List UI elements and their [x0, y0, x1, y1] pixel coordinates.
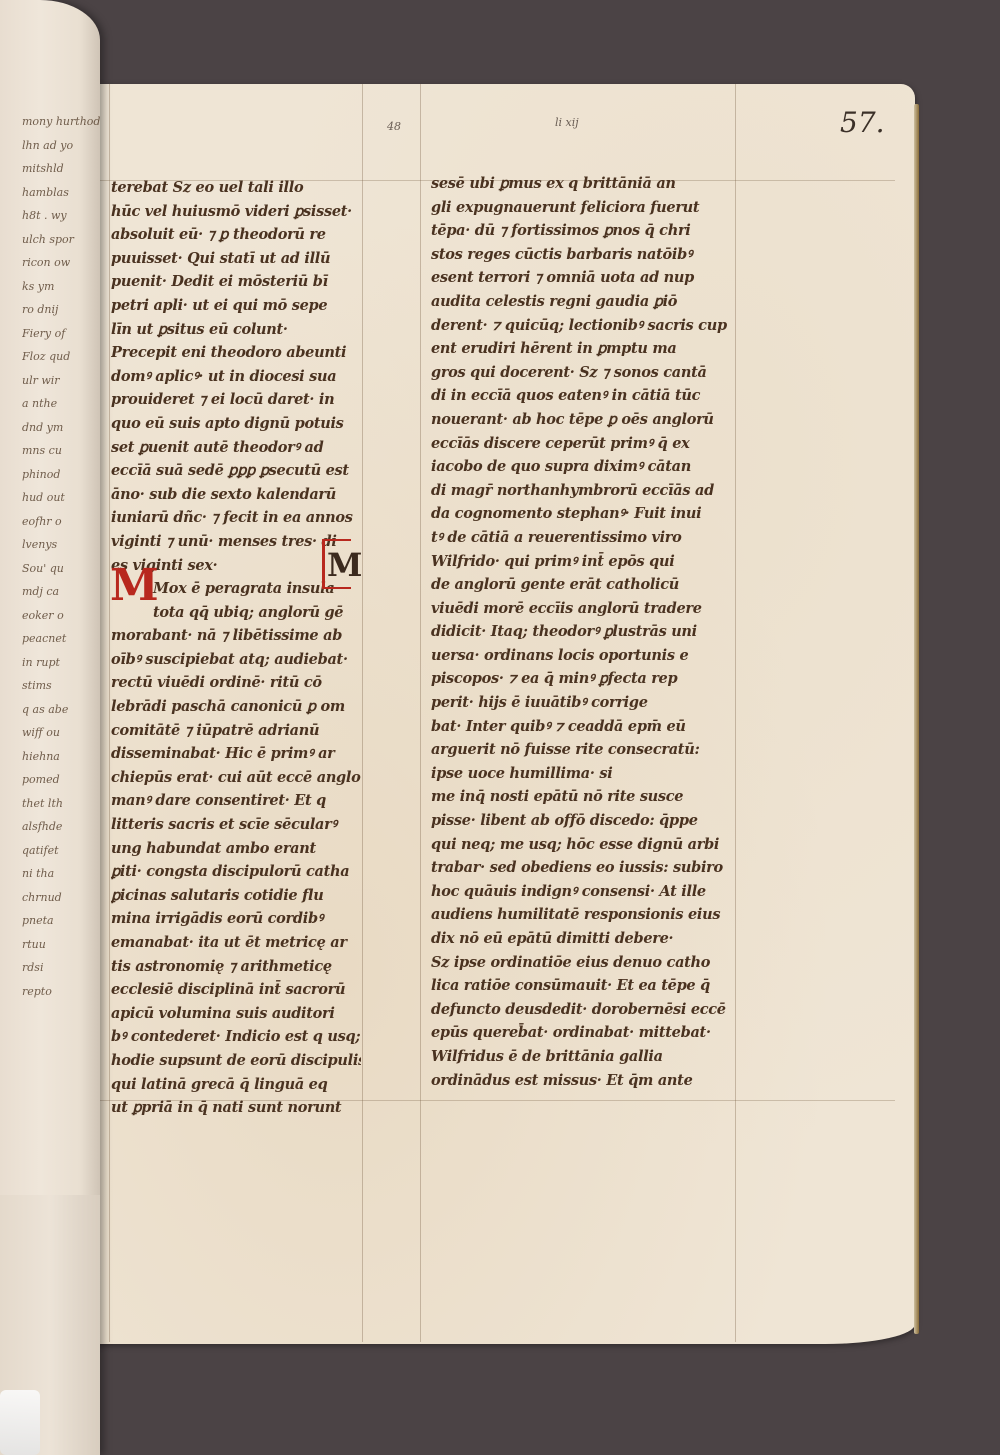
text-line: da cognomento stephanꝰ· Fuit inui	[431, 502, 731, 526]
text-line: epūs quereb̄at· ordinabat· mittebat·	[431, 1021, 731, 1045]
text-line: ulch spor	[22, 228, 100, 252]
text-line: morabant· nā ⁊ libētissime ab	[111, 624, 361, 648]
text-line: lvenys	[22, 533, 100, 557]
text-line: arguerit nō fuisse rite consecratū:	[431, 738, 731, 762]
text-line: a nthe	[22, 392, 100, 416]
text-line: trabar· sed obediens eo iussis: subiro	[431, 856, 731, 880]
text-line: bꝰ contederet· Indicio est q usq;	[111, 1025, 361, 1049]
text-line: hamblas	[22, 181, 100, 205]
text-line: repto	[22, 980, 100, 1004]
text-line: ut ꝑpriā in q̄ nati sunt norunt	[111, 1096, 361, 1120]
text-line: audiens humilitatē responsionis eius	[431, 903, 731, 927]
text-line: chrnud	[22, 886, 100, 910]
text-line: hoc quāuis indignꝰ consensi· At ille	[431, 880, 731, 904]
text-line: hodie supsunt de eorū discipulis·	[111, 1049, 361, 1073]
text-line: thet lth	[22, 792, 100, 816]
text-line: gli expugnauerunt feliciora fuerut	[431, 196, 731, 220]
text-line: h8t . wy	[22, 204, 100, 228]
text-line: ro dnij	[22, 298, 100, 322]
text-line: līn ut ꝑsitus eū colunt·	[111, 318, 361, 342]
text-line: emanabat· ita ut ēt metricę ar	[111, 931, 361, 955]
text-line: ni tha	[22, 862, 100, 886]
text-line: mitshld	[22, 157, 100, 181]
text-line: chiepūs erat· cui aūt eccē anglorū	[111, 766, 361, 790]
text-line: iuniarū dñc· ⁊ fecit in ea annos	[111, 506, 361, 530]
text-line: stos reges cūctis barbaris natōibꝰ	[431, 243, 731, 267]
text-line: litteris sacris et scīe sēcularꝰ	[111, 813, 361, 837]
text-line: pneta	[22, 909, 100, 933]
text-line: in rupt	[22, 651, 100, 675]
ruling-line-col2-right	[735, 84, 736, 1342]
text-line: eofhr o	[22, 510, 100, 534]
previous-leaf[interactable]: mony hurthodlhn ad yomitshldhamblash8t .…	[0, 0, 100, 1455]
text-line: qatifet	[22, 839, 100, 863]
book-ribbon	[0, 1390, 40, 1455]
text-line: tēpa· dū ⁊ fortissimos ꝑnos q̄ chri	[431, 219, 731, 243]
text-line: di magr̄ northanhymbrorū eccīās ad	[431, 479, 731, 503]
text-line: Wilfrido· qui primꝰ int̄ epōs qui	[431, 550, 731, 574]
text-line: Floz qud	[22, 345, 100, 369]
text-line: mina irrigādis eorū cordibꝰ	[111, 907, 361, 931]
text-line: ks ym	[22, 275, 100, 299]
text-line: ꝑiti· congsta discipulorū catha	[111, 860, 361, 884]
folio-number: 57.	[840, 106, 885, 139]
text-line: nouerant· ab hoc tēpe ꝑ oēs anglorū	[431, 408, 731, 432]
text-line: phinod	[22, 463, 100, 487]
text-line: alsfhde	[22, 815, 100, 839]
text-line: mdj ca	[22, 580, 100, 604]
text-line: domꝰ aplicꝰ· ut in diocesi sua	[111, 365, 361, 389]
page-edge	[914, 104, 919, 1334]
text-line: dix nō eū epātū dimitti debere·	[431, 927, 731, 951]
text-line: mns cu	[22, 439, 100, 463]
text-line: gros qui docerent· Sz ⁊ sonos cantā	[431, 361, 731, 385]
text-line: quo eū suis apto dignū potuis	[111, 412, 361, 436]
text-line: petri apli· ut ei qui mō sepe	[111, 294, 361, 318]
rubricated-initial: M	[110, 564, 159, 608]
ruling-line-col1-right	[362, 84, 363, 1342]
text-line: pomed	[22, 768, 100, 792]
ruling-line-col2-left	[420, 84, 421, 1342]
text-line: Sou' qu	[22, 557, 100, 581]
text-line: dnd ym	[22, 416, 100, 440]
text-line: de anglorū gente erāt catholicū	[431, 573, 731, 597]
text-line: prouideret ⁊ ei locū daret· in	[111, 388, 361, 412]
text-line: terebat Sz eo uel tali illo	[111, 176, 361, 200]
text-line: mony hurthod	[22, 110, 100, 134]
pencil-note-right: li xij	[555, 116, 579, 129]
text-line: iacobo de quo supra diximꝰ cātan	[431, 455, 731, 479]
text-line: lebrādi paschā canonicū ꝑ om	[111, 695, 361, 719]
text-line: ecclesiē disciplinā int̄ sacrorū	[111, 978, 361, 1002]
text-line: ulr wir	[22, 369, 100, 393]
text-line: Sz ipse ordinatiōe eius denuo catho	[431, 951, 731, 975]
text-line: ꝑicinas salutaris cotidie flu	[111, 884, 361, 908]
text-line: piscopos· ⁊ ea q̄ minꝰ ꝑfecta rep	[431, 667, 731, 691]
manuscript-page: 57. 48 li xij terebat Sz eo uel tali ill…	[95, 84, 915, 1344]
text-line: rectū viuēdi ordinē· ritū cō	[111, 671, 361, 695]
text-line: eccīās discere ceperūt primꝰ q̄ ex	[431, 432, 731, 456]
text-line: rdsi	[22, 956, 100, 980]
text-line: defuncto deusdedit· dorobernēsi eccē	[431, 998, 731, 1022]
text-line: disseminabat· Hic ē primꝰ ar	[111, 742, 361, 766]
text-line: viuēdi morē eccīis anglorū tradere	[431, 597, 731, 621]
text-line: puuisset· Qui statī ut ad illū	[111, 247, 361, 271]
text-line: comitātē ⁊ iūpatrē adrianū	[111, 719, 361, 743]
text-line: hūc vel huiusmō videri ꝑsisset·	[111, 200, 361, 224]
text-line: stims	[22, 674, 100, 698]
text-line: puenit· Dedit ei mōsteriū bī	[111, 270, 361, 294]
previous-leaf-text: mony hurthodlhn ad yomitshldhamblash8t .…	[22, 110, 100, 1003]
text-line: ordinādus est missus· Et q̄m ante	[431, 1069, 731, 1093]
text-line: didicit· Itaq; theodorꝰ ꝑlustrās uni	[431, 620, 731, 644]
text-line: qui neq; me usq; hōc esse dignū arbi	[431, 833, 731, 857]
text-column-left: terebat Sz eo uel tali illohūc vel huius…	[111, 176, 361, 1120]
text-line: tis astronomię ⁊ arithmeticę	[111, 955, 361, 979]
initial-guide-letter: M	[327, 546, 362, 584]
text-line: eccīā suā sedē ꝑꝑꝑ ꝑsecutū est	[111, 459, 361, 483]
text-line: ent erudiri hērent in ꝑmptu ma	[431, 337, 731, 361]
text-line: ricon ow	[22, 251, 100, 275]
text-line: perit· hijs ē iuuātibꝰ corrige	[431, 691, 731, 715]
text-line: hiehna	[22, 745, 100, 769]
text-line: derent· ⁊ quicūq; lectionibꝰ sacris cup	[431, 314, 731, 338]
text-line: lhn ad yo	[22, 134, 100, 158]
text-line: apicū volumina suis auditori	[111, 1002, 361, 1026]
text-line: qui latinā grecā q̄ linguā eq	[111, 1073, 361, 1097]
text-line: audita celestis regni gaudia ꝑiō	[431, 290, 731, 314]
text-line: uersa· ordinans locis oportunis e	[431, 644, 731, 668]
text-column-right: sesē ubi ꝑmus ex q brittāniā angli expug…	[431, 172, 731, 1092]
text-line: Precepit eni theodoro abeunti	[111, 341, 361, 365]
text-line: manꝰ dare consentiret· Et q	[111, 789, 361, 813]
text-line: me inq̄ nosti epātū nō rite susce	[431, 785, 731, 809]
text-line: q as abe	[22, 698, 100, 722]
text-line: ung habundat ambo erant	[111, 837, 361, 861]
text-line: sesē ubi ꝑmus ex q brittāniā an	[431, 172, 731, 196]
text-line: Fiery of	[22, 322, 100, 346]
text-line: di in eccīā quos eatenꝰ in cātiā tūc	[431, 384, 731, 408]
pencil-note-left: 48	[387, 120, 401, 133]
text-line: esent terrori ⁊ omniā uota ad nup	[431, 266, 731, 290]
text-line: absoluit eū· ⁊ ꝑ theodorū re	[111, 223, 361, 247]
text-line: oībꝰ suscipiebat atq; audiebat·	[111, 648, 361, 672]
text-line: āno· sub die sexto kalendarū	[111, 483, 361, 507]
text-line: rtuu	[22, 933, 100, 957]
text-line: eoker o	[22, 604, 100, 628]
text-line: ipse uoce humillima· si	[431, 762, 731, 786]
text-line: lica ratiōe consūmauit· Et ea tēpe q̄	[431, 974, 731, 998]
text-line: Wilfridus ē de brittānia gallia	[431, 1045, 731, 1069]
text-line: pisse· libent ab offō discedo: q̄ppe	[431, 809, 731, 833]
text-line: peacnet	[22, 627, 100, 651]
ruling-line-left-outer	[109, 84, 110, 1342]
text-line: wiff ou	[22, 721, 100, 745]
text-line: tꝰ de cātiā a reuerentissimo viro	[431, 526, 731, 550]
text-line: set ꝑuenit autē theodorꝰ ad	[111, 436, 361, 460]
text-line: hud out	[22, 486, 100, 510]
text-line: bat· Inter quibꝰ ⁊ ceaddā epm̄ eū	[431, 715, 731, 739]
